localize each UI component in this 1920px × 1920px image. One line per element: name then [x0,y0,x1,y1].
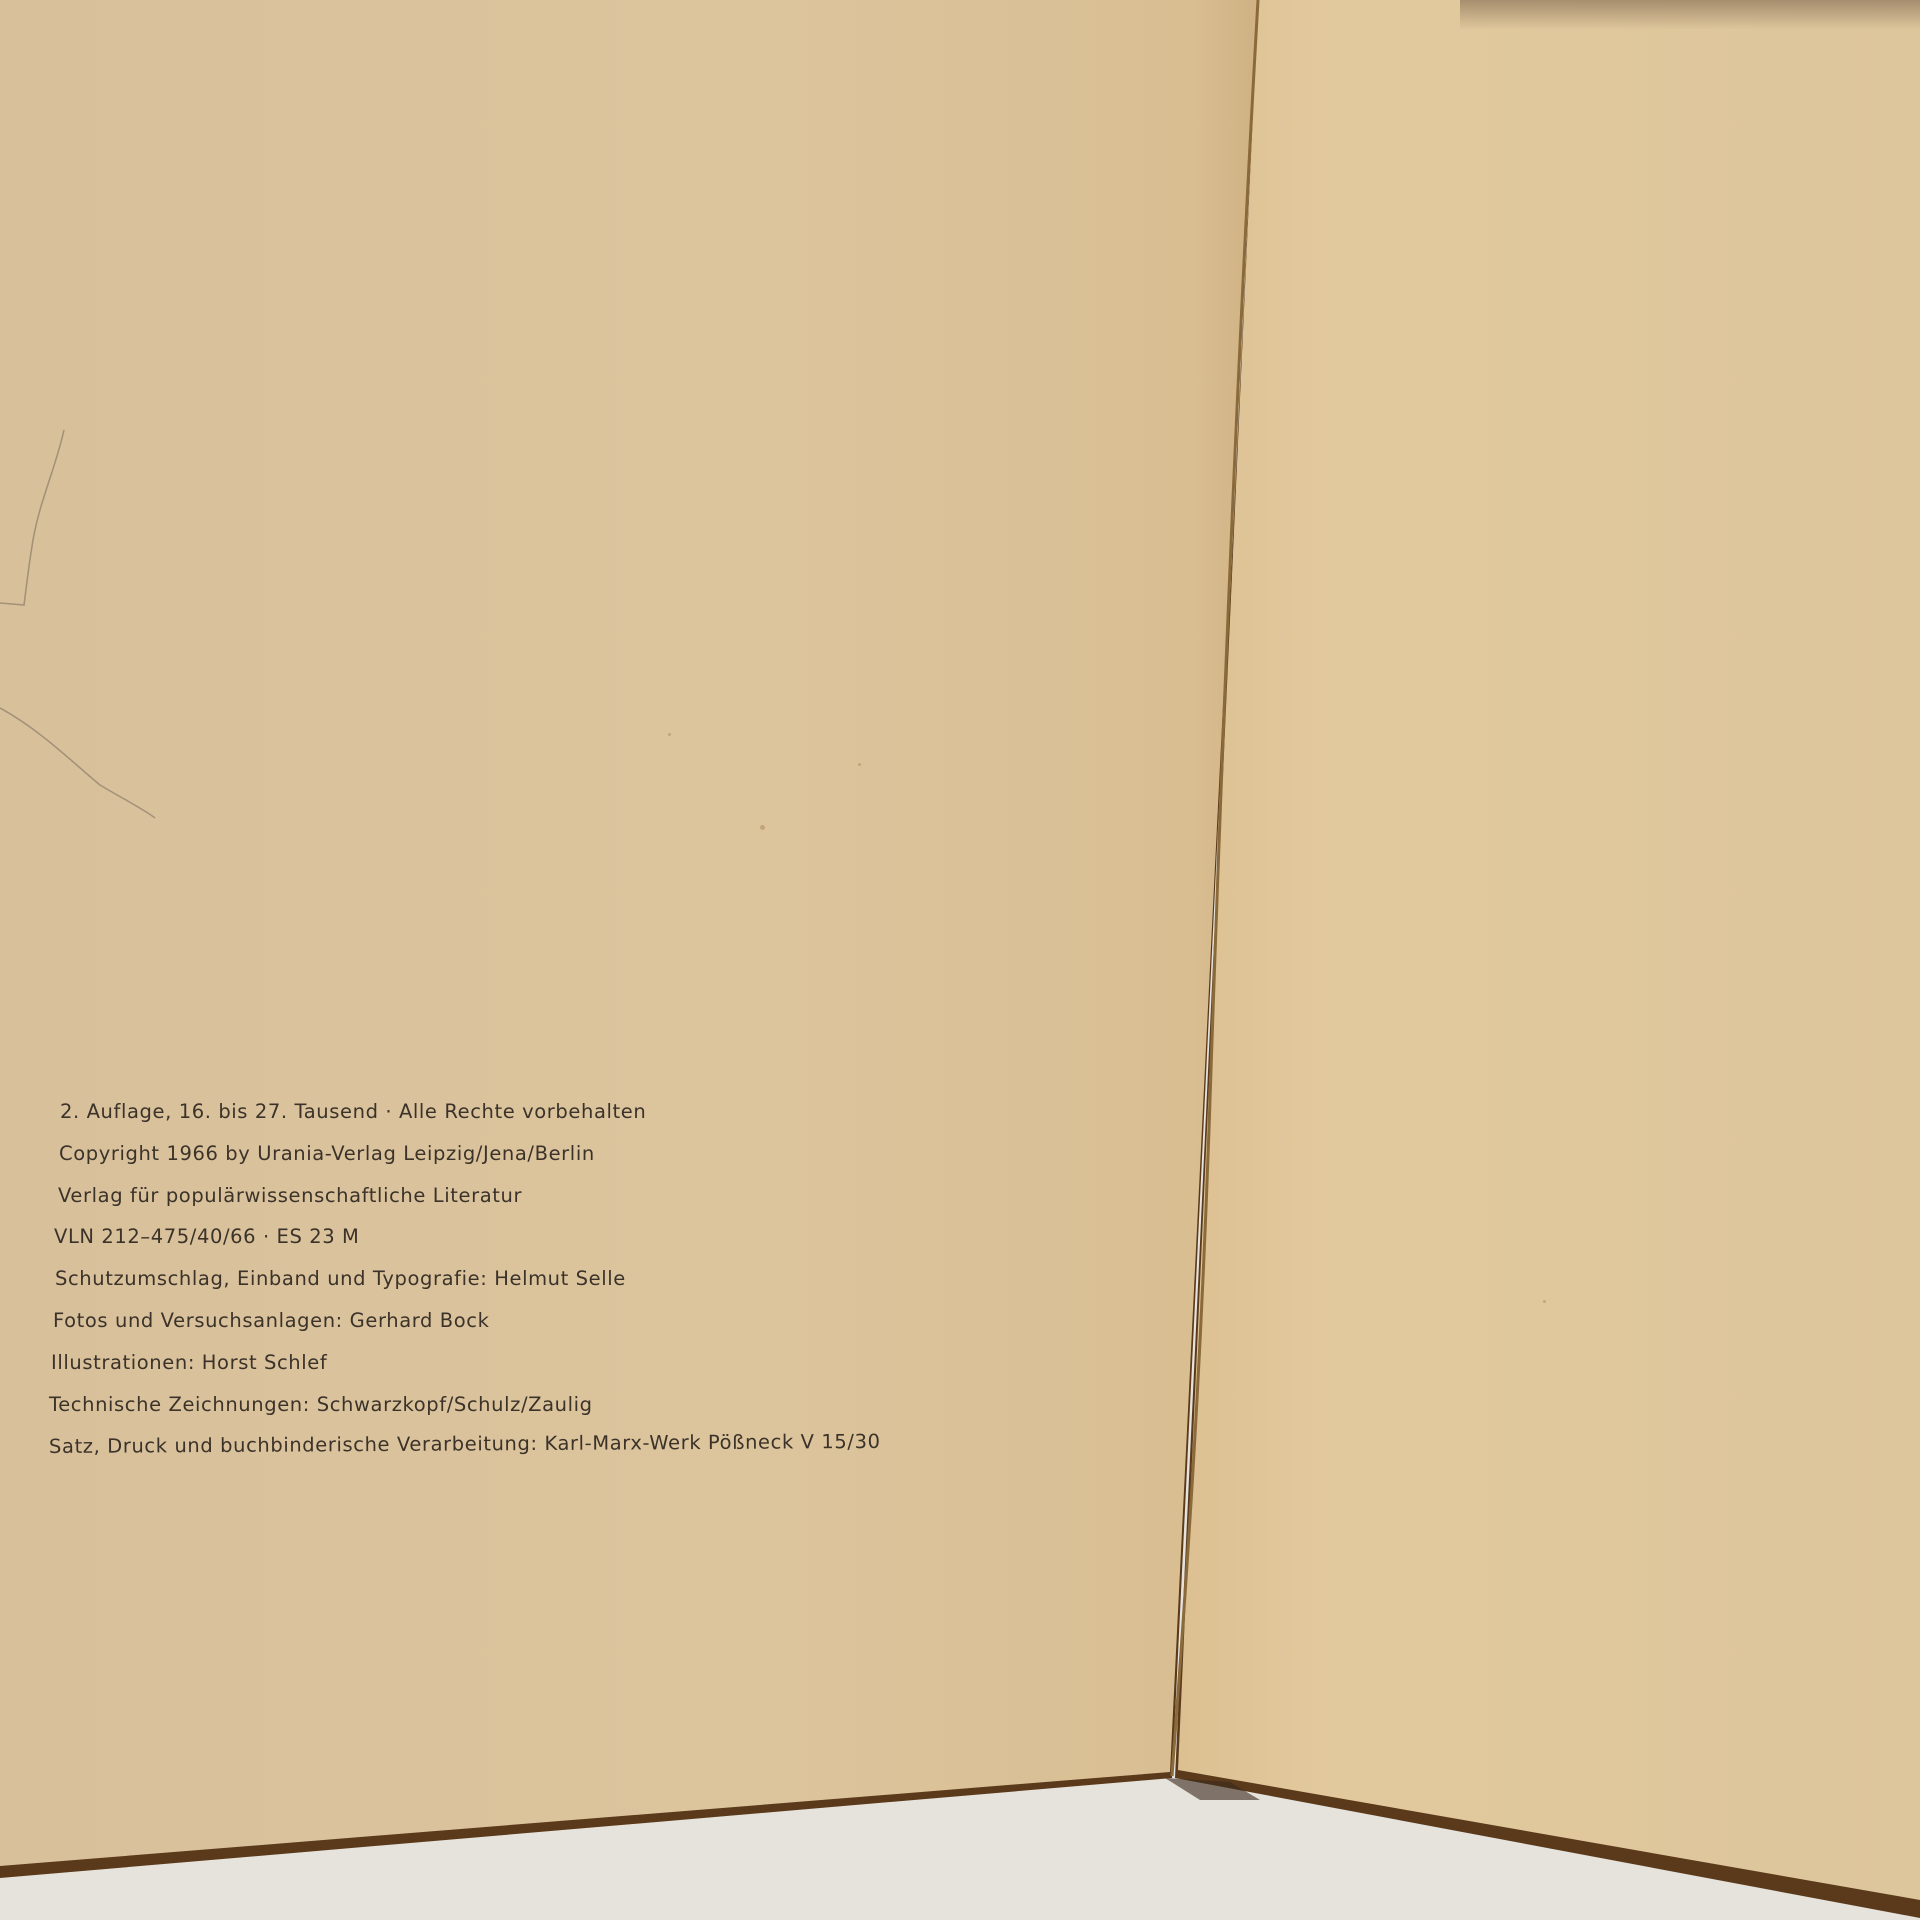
imprint-photo-credit: Fotos und Versuchsanlagen: Gerhard Bock [53,1309,490,1332]
paper-speck [858,763,861,766]
imprint-design-credit: Schutzumschlag, Einband und Typografie: … [55,1267,626,1290]
imprint-technical-drawings: Technische Zeichnungen: Schwarzkopf/Schu… [49,1393,593,1416]
book-spread [0,0,1920,1920]
imprint-copyright: Copyright 1966 by Urania-Verlag Leipzig/… [59,1142,595,1165]
paper-speck [668,733,671,736]
left-page [0,0,1258,1866]
book-photo: 2. Auflage, 16. bis 27. Tausend · Alle R… [0,0,1920,1920]
imprint-edition: 2. Auflage, 16. bis 27. Tausend · Alle R… [60,1100,646,1123]
imprint-illustration-credit: Illustrationen: Horst Schlef [51,1351,327,1374]
paper-speck [1543,1300,1546,1303]
paper-speck [760,825,765,830]
imprint-license-number: VLN 212–475/40/66 · ES 23 M [54,1225,359,1248]
right-page [1178,0,1920,1900]
imprint-publisher: Verlag für populärwissenschaftliche Lite… [58,1184,522,1207]
